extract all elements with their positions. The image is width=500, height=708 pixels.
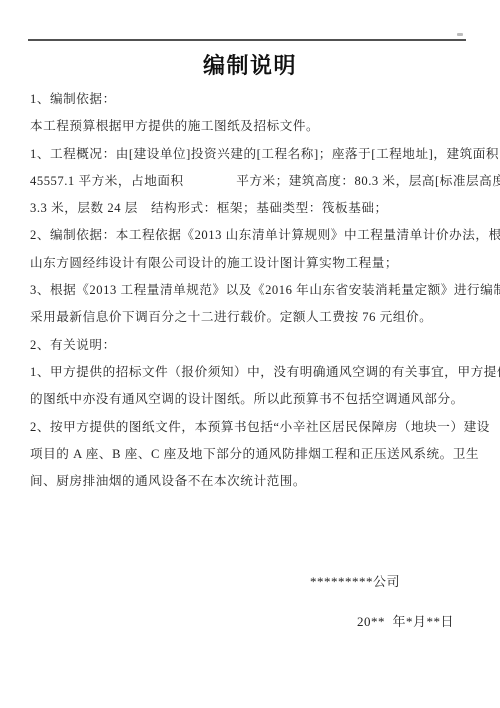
body-line: 采用最新信息价下调百分之十二进行载价。定额人工费按 76 元组价。 — [30, 304, 478, 331]
document-body: 1、编制依据： 本工程预算根据甲方提供的施工图纸及招标文件。 1、工程概况：由[… — [30, 86, 478, 495]
document-page: 编制说明 1、编制依据： 本工程预算根据甲方提供的施工图纸及招标文件。 1、工程… — [0, 0, 500, 708]
body-line: 项目的 A 座、B 座、C 座及地下部分的通风防排烟工程和正压送风系统。卫生 — [30, 441, 478, 468]
body-line: 的图纸中亦没有通风空调的设计图纸。所以此预算书不包括空调通风部分。 — [30, 386, 478, 413]
body-line: 3、根据《2013 工程量清单规范》以及《2016 年山东省安装消耗量定额》进行… — [30, 277, 478, 304]
body-line: 间、厨房排油烟的通风设备不在本次统计范围。 — [30, 468, 478, 495]
body-line: 山东方圆经纬设计有限公司设计的施工设计图计算实物工程量； — [30, 250, 478, 277]
body-line: 1、编制依据： — [30, 86, 478, 113]
signature-company: *********公司 — [310, 571, 400, 590]
body-line: 1、甲方提供的招标文件（报价须知）中，没有明确通风空调的有关事宜，甲方提供 — [30, 359, 478, 386]
body-line: 45557.1 平方米，占地面积 平方米；建筑高度：80.3 米，层高[标准层高… — [30, 168, 478, 195]
body-line: 2、按甲方提供的图纸文件，本预算书包括“小辛社区居民保障房（地块一）建设 — [30, 414, 478, 441]
body-line: 2、编制依据：本工程依据《2013 山东清单计算规则》中工程量清单计价办法，根据 — [30, 222, 478, 249]
document-title: 编制说明 — [0, 49, 500, 80]
body-line: 1、工程概况：由[建设单位]投资兴建的[工程名称]；座落于[工程地址]，建筑面积… — [30, 141, 478, 168]
header-divider — [28, 39, 466, 41]
body-line: 2、有关说明： — [30, 332, 478, 359]
body-line: 3.3 米，层数 24 层 结构形式：框架；基础类型：筏板基础； — [30, 195, 478, 222]
header-divider-mark — [457, 33, 463, 36]
signature-date: 20** 年*月**日 — [357, 611, 454, 630]
body-line: 本工程预算根据甲方提供的施工图纸及招标文件。 — [30, 113, 478, 140]
